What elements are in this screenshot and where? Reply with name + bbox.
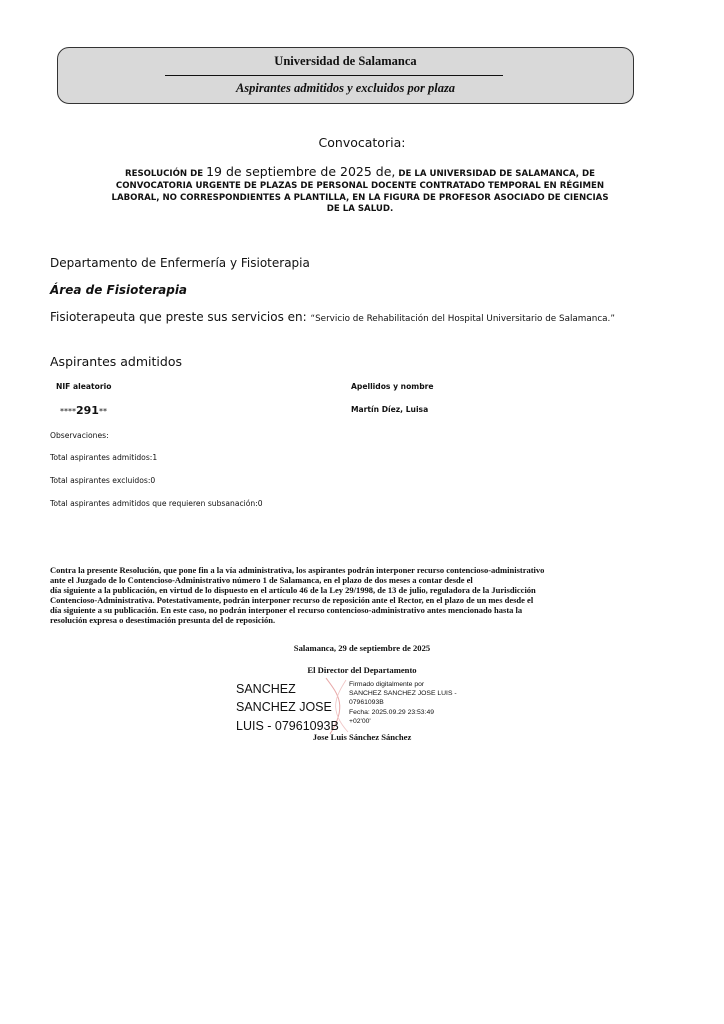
- department-name: Departamento de Enfermería y Fisioterapi…: [50, 256, 310, 270]
- total-requiring-correction: Total aspirantes admitidos que requieren…: [50, 499, 263, 508]
- place-and-date: Salamanca, 29 de septiembre de 2025: [0, 643, 724, 653]
- table-cell-name: Martín Díez, Luisa: [351, 405, 428, 414]
- profile-detail: “Servicio de Rehabilitación del Hospital…: [311, 314, 615, 324]
- total-admitted: Total aspirantes admitidos:1: [50, 453, 157, 462]
- convocatoria-label: Convocatoria:: [0, 135, 724, 150]
- signer-name: Jose Luis Sánchez Sánchez: [0, 732, 724, 742]
- profile-description: Fisioterapeuta que preste sus servicios …: [50, 310, 615, 324]
- document-subtitle: Aspirantes admitidos y excluidos por pla…: [57, 81, 634, 96]
- legal-notice: Contra la presente Resolución, que pone …: [50, 565, 630, 626]
- resolucion-date: 19 de septiembre de 2025 de,: [206, 164, 395, 179]
- observaciones-label: Observaciones:: [50, 431, 109, 440]
- column-header-nif: NIF aleatorio: [56, 382, 111, 391]
- resolucion-text: RESOLUCIÓN DE 19 de septiembre de 2025 d…: [110, 166, 610, 216]
- institution-name: Universidad de Salamanca: [57, 54, 634, 69]
- header-divider: [165, 75, 503, 76]
- admitted-section-title: Aspirantes admitidos: [50, 354, 182, 369]
- profile-prefix: Fisioterapeuta que preste sus servicios …: [50, 310, 311, 324]
- table-cell-nif: ****291**: [60, 404, 107, 417]
- column-header-name: Apellidos y nombre: [351, 382, 434, 391]
- signer-role: El Director del Departamento: [0, 665, 724, 675]
- area-name: Área de Fisioterapia: [50, 283, 187, 297]
- resolucion-prefix: RESOLUCIÓN DE: [125, 169, 206, 179]
- total-excluded: Total aspirantes excluidos:0: [50, 476, 155, 485]
- digital-signature-name: SANCHEZ SANCHEZ JOSE LUIS - 07961093B: [236, 680, 339, 735]
- digital-signature-details: Firmado digitalmente por SANCHEZ SANCHEZ…: [349, 680, 457, 726]
